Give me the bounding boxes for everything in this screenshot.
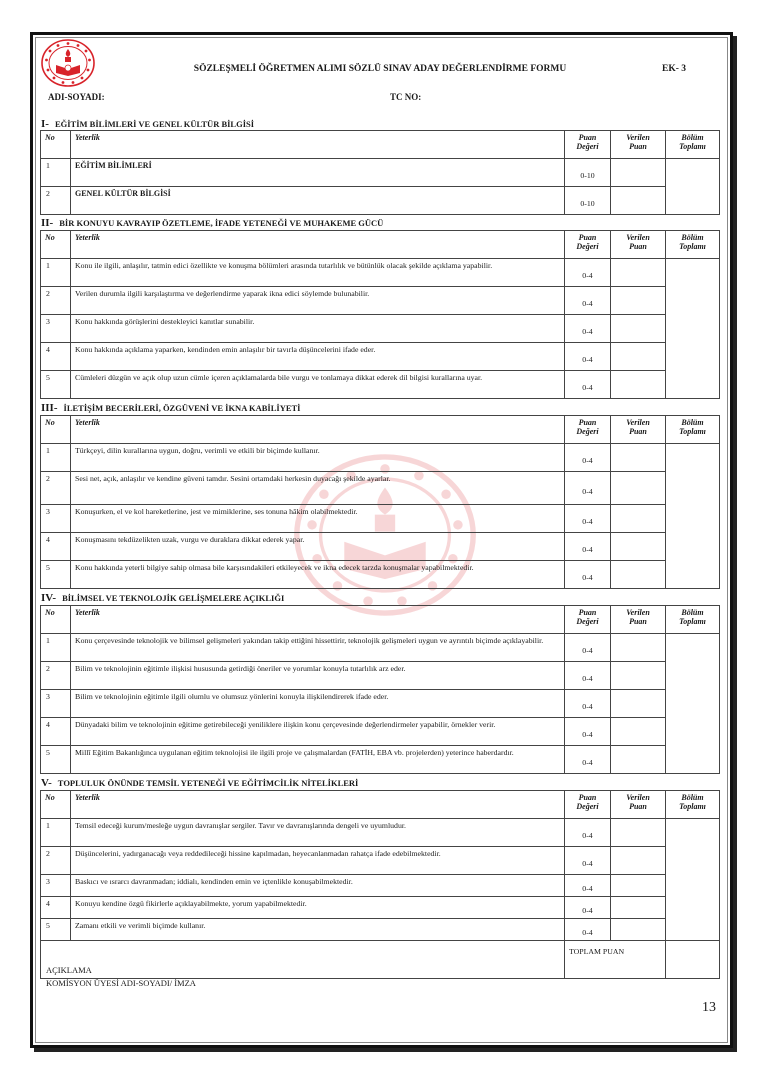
section-number: I-: [41, 118, 49, 130]
section-heading: V-TOPLULUK ÖNÜNDE TEMSİL YETENEĞİ VE EĞİ…: [41, 777, 358, 789]
total-score-input[interactable]: [666, 941, 720, 979]
score-range: 0-4: [565, 561, 611, 589]
col-header-no: No: [41, 606, 71, 634]
col-header-yeterlik: Yeterlik: [71, 416, 565, 444]
table-row: 3Konuşurken, el ve kol hareketlerine, je…: [41, 505, 720, 533]
table-row: 5Cümleleri düzgün ve açık olup uzun cüml…: [41, 371, 720, 399]
tc-field-label: TC NO:: [390, 92, 421, 102]
col-header-bolum: BölümToplamı: [666, 791, 720, 819]
item-number: 1: [41, 634, 71, 662]
score-range: 0-4: [565, 662, 611, 690]
table-row: 2GENEL KÜLTÜR BİLGİSİ0-10: [41, 187, 720, 215]
item-text: Konu çerçevesinde teknolojik ve bilimsel…: [71, 634, 565, 662]
item-number: 3: [41, 690, 71, 718]
given-score-input[interactable]: [611, 444, 666, 472]
score-range: 0-4: [565, 371, 611, 399]
section-heading: III-İLETİŞİM BECERİLERİ, ÖZGÜVENİ VE İKN…: [41, 402, 300, 414]
item-number: 2: [41, 662, 71, 690]
table-row: 1Türkçeyi, dilin kurallarına uygun, doğr…: [41, 444, 720, 472]
item-number: 4: [41, 343, 71, 371]
col-header-no: No: [41, 131, 71, 159]
section-table: NoYeterlikPuanDeğeriVerilenPuanBölümTopl…: [40, 605, 720, 774]
aciklama-label: AÇIKLAMA: [46, 965, 92, 975]
col-header-puan: PuanDeğeri: [565, 606, 611, 634]
col-header-bolum: BölümToplamı: [666, 416, 720, 444]
col-header-verilen: VerilenPuan: [611, 131, 666, 159]
given-score-input[interactable]: [611, 187, 666, 215]
table-row: 2Bilim ve teknolojinin eğitimle ilişkisi…: [41, 662, 720, 690]
item-number: 2: [41, 847, 71, 875]
table-row: 4Konuşmasını tekdüzelikten uzak, vurgu v…: [41, 533, 720, 561]
section-table: NoYeterlikPuanDeğeriVerilenPuanBölümTopl…: [40, 130, 720, 215]
col-header-puan: PuanDeğeri: [565, 231, 611, 259]
section-heading: II-BİR KONUYU KAVRAYIP ÖZETLEME, İFADE Y…: [41, 217, 383, 229]
item-number: 1: [41, 259, 71, 287]
score-range: 0-4: [565, 259, 611, 287]
col-header-puan: PuanDeğeri: [565, 131, 611, 159]
table-row: 4Konuyu kendine özgü fikirlerle açıklaya…: [41, 897, 720, 919]
col-header-puan: PuanDeğeri: [565, 791, 611, 819]
col-header-verilen: VerilenPuan: [611, 416, 666, 444]
item-number: 1: [41, 819, 71, 847]
item-number: 2: [41, 187, 71, 215]
total-label: TOPLAM PUAN: [565, 941, 666, 979]
section-number: IV-: [41, 592, 56, 604]
col-header-no: No: [41, 791, 71, 819]
table-row: 1Temsil edeceği kurum/mesleğe uygun davr…: [41, 819, 720, 847]
name-field-label: ADI-SOYADI:: [48, 92, 105, 102]
score-range: 0-10: [565, 159, 611, 187]
col-header-puan: PuanDeğeri: [565, 416, 611, 444]
score-range: 0-4: [565, 472, 611, 505]
section-title: BİR KONUYU KAVRAYIP ÖZETLEME, İFADE YETE…: [59, 218, 383, 228]
item-text: Verilen durumla ilgili karşılaştırma ve …: [71, 287, 565, 315]
table-row: 3Konu hakkında görüşlerini destekleyici …: [41, 315, 720, 343]
page-number: 13: [702, 1000, 716, 1016]
item-text: Konu hakkında yeterli bilgiye sahip olma…: [71, 561, 565, 589]
item-number: 3: [41, 875, 71, 897]
item-text: Zamanı etkili ve verimli biçimde kullanı…: [71, 919, 565, 941]
col-header-no: No: [41, 416, 71, 444]
table-row: 5Millî Eğitim Bakanlığınca uygulanan eği…: [41, 746, 720, 774]
col-header-yeterlik: Yeterlik: [71, 606, 565, 634]
given-score-input[interactable]: [611, 897, 666, 919]
col-header-verilen: VerilenPuan: [611, 606, 666, 634]
table-row: 4Dünyadaki bilim ve teknolojinin eğitime…: [41, 718, 720, 746]
item-text: Konu ile ilgili, anlaşılır, tatmin edici…: [71, 259, 565, 287]
score-range: 0-4: [565, 505, 611, 533]
col-header-yeterlik: Yeterlik: [71, 791, 565, 819]
section-title: EĞİTİM BİLİMLERİ VE GENEL KÜLTÜR BİLGİSİ: [55, 119, 254, 129]
table-row: 1EĞİTİM BİLİMLERİ0-10: [41, 159, 720, 187]
item-number: 5: [41, 371, 71, 399]
given-score-input[interactable]: [611, 875, 666, 897]
given-score-input[interactable]: [611, 472, 666, 505]
table-row: 2Verilen durumla ilgili karşılaştırma ve…: [41, 287, 720, 315]
score-range: 0-4: [565, 847, 611, 875]
section-title: İLETİŞİM BECERİLERİ, ÖZGÜVENİ VE İKNA KA…: [64, 403, 301, 413]
item-text: Cümleleri düzgün ve açık olup uzun cümle…: [71, 371, 565, 399]
section-number: II-: [41, 217, 53, 229]
item-text: Konuyu kendine özgü fikirlerle açıklayab…: [71, 897, 565, 919]
ministry-emblem-icon: [40, 38, 96, 88]
section-heading: I-EĞİTİM BİLİMLERİ VE GENEL KÜLTÜR BİLGİ…: [41, 118, 254, 130]
item-text: GENEL KÜLTÜR BİLGİSİ: [71, 187, 565, 215]
col-header-verilen: VerilenPuan: [611, 231, 666, 259]
section-table: NoYeterlikPuanDeğeriVerilenPuanBölümTopl…: [40, 790, 720, 979]
item-text: Konu hakkında açıklama yaparken, kendind…: [71, 343, 565, 371]
section-total-input[interactable]: [666, 259, 720, 399]
given-score-input[interactable]: [611, 746, 666, 774]
score-range: 0-4: [565, 746, 611, 774]
item-text: Dünyadaki bilim ve teknolojinin eğitime …: [71, 718, 565, 746]
given-score-input[interactable]: [611, 533, 666, 561]
col-header-yeterlik: Yeterlik: [71, 131, 565, 159]
total-row: TOPLAM PUAN: [41, 941, 720, 979]
section-total-input[interactable]: [666, 159, 720, 215]
given-score-input[interactable]: [611, 159, 666, 187]
given-score-input[interactable]: [611, 287, 666, 315]
section-title: BİLİMSEL VE TEKNOLOJİK GELİŞMELERE AÇIKL…: [62, 593, 284, 603]
col-header-no: No: [41, 231, 71, 259]
given-score-input[interactable]: [611, 847, 666, 875]
score-range: 0-4: [565, 897, 611, 919]
section-table: NoYeterlikPuanDeğeriVerilenPuanBölümTopl…: [40, 415, 720, 589]
score-range: 0-4: [565, 875, 611, 897]
score-range: 0-4: [565, 533, 611, 561]
item-text: Konuşmasını tekdüzelikten uzak, vurgu ve…: [71, 533, 565, 561]
item-number: 1: [41, 444, 71, 472]
item-number: 4: [41, 718, 71, 746]
section-total-input[interactable]: [666, 634, 720, 774]
item-text: Düşüncelerini, yadırganacağı veya redded…: [71, 847, 565, 875]
item-text: Temsil edeceği kurum/mesleğe uygun davra…: [71, 819, 565, 847]
item-text: Millî Eğitim Bakanlığınca uygulanan eğit…: [71, 746, 565, 774]
section-title: TOPLULUK ÖNÜNDE TEMSİL YETENEĞİ VE EĞİTİ…: [58, 778, 359, 788]
table-row: 3Bilim ve teknolojinin eğitimle ilgili o…: [41, 690, 720, 718]
given-score-input[interactable]: [611, 259, 666, 287]
table-row: 1Konu ile ilgili, anlaşılır, tatmin edic…: [41, 259, 720, 287]
score-range: 0-4: [565, 919, 611, 941]
score-range: 0-4: [565, 343, 611, 371]
item-number: 3: [41, 505, 71, 533]
table-row: 1Konu çerçevesinde teknolojik ve bilimse…: [41, 634, 720, 662]
given-score-input[interactable]: [611, 561, 666, 589]
score-range: 0-4: [565, 315, 611, 343]
given-score-input[interactable]: [611, 315, 666, 343]
given-score-input[interactable]: [611, 505, 666, 533]
given-score-input[interactable]: [611, 634, 666, 662]
item-number: 5: [41, 746, 71, 774]
annex-label: EK- 3: [662, 64, 686, 74]
col-header-verilen: VerilenPuan: [611, 791, 666, 819]
table-row: 3Baskıcı ve ısrarcı davranmadan; iddialı…: [41, 875, 720, 897]
given-score-input[interactable]: [611, 690, 666, 718]
score-range: 0-4: [565, 718, 611, 746]
komisyon-label: KOMİSYON ÜYESİ ADI-SOYADI/ İMZA: [46, 978, 196, 988]
table-row: 2Düşüncelerini, yadırganacağı veya redde…: [41, 847, 720, 875]
section-number: III-: [41, 402, 58, 414]
score-range: 0-10: [565, 187, 611, 215]
section-total-input[interactable]: [666, 444, 720, 589]
score-range: 0-4: [565, 444, 611, 472]
item-number: 5: [41, 561, 71, 589]
item-text: Sesi net, açık, anlaşılır ve kendine güv…: [71, 472, 565, 505]
section-total-input[interactable]: [666, 819, 720, 941]
table-row: 2Sesi net, açık, anlaşılır ve kendine gü…: [41, 472, 720, 505]
aciklama-cell[interactable]: [41, 941, 565, 979]
form-title: SÖZLEŞMELİ ÖĞRETMEN ALIMI SÖZLÜ SINAV AD…: [150, 64, 610, 74]
section-number: V-: [41, 777, 52, 789]
given-score-input[interactable]: [611, 662, 666, 690]
col-header-bolum: BölümToplamı: [666, 131, 720, 159]
item-number: 2: [41, 287, 71, 315]
given-score-input[interactable]: [611, 371, 666, 399]
item-number: 4: [41, 897, 71, 919]
col-header-yeterlik: Yeterlik: [71, 231, 565, 259]
given-score-input[interactable]: [611, 718, 666, 746]
item-number: 1: [41, 159, 71, 187]
item-text: Konu hakkında görüşlerini destekleyici k…: [71, 315, 565, 343]
item-number: 4: [41, 533, 71, 561]
given-score-input[interactable]: [611, 819, 666, 847]
section-heading: IV-BİLİMSEL VE TEKNOLOJİK GELİŞMELERE AÇ…: [41, 592, 284, 604]
item-number: 3: [41, 315, 71, 343]
score-range: 0-4: [565, 287, 611, 315]
table-row: 5Konu hakkında yeterli bilgiye sahip olm…: [41, 561, 720, 589]
item-number: 2: [41, 472, 71, 505]
given-score-input[interactable]: [611, 919, 666, 941]
score-range: 0-4: [565, 819, 611, 847]
col-header-bolum: BölümToplamı: [666, 606, 720, 634]
score-range: 0-4: [565, 634, 611, 662]
item-text: Bilim ve teknolojinin eğitimle ilgili ol…: [71, 690, 565, 718]
table-row: 5Zamanı etkili ve verimli biçimde kullan…: [41, 919, 720, 941]
item-text: Bilim ve teknolojinin eğitimle ilişkisi …: [71, 662, 565, 690]
section-table: NoYeterlikPuanDeğeriVerilenPuanBölümTopl…: [40, 230, 720, 399]
item-text: Baskıcı ve ısrarcı davranmadan; iddialı,…: [71, 875, 565, 897]
item-text: Türkçeyi, dilin kurallarına uygun, doğru…: [71, 444, 565, 472]
item-text: Konuşurken, el ve kol hareketlerine, jes…: [71, 505, 565, 533]
table-row: 4Konu hakkında açıklama yaparken, kendin…: [41, 343, 720, 371]
item-number: 5: [41, 919, 71, 941]
given-score-input[interactable]: [611, 343, 666, 371]
col-header-bolum: BölümToplamı: [666, 231, 720, 259]
item-text: EĞİTİM BİLİMLERİ: [71, 159, 565, 187]
score-range: 0-4: [565, 690, 611, 718]
